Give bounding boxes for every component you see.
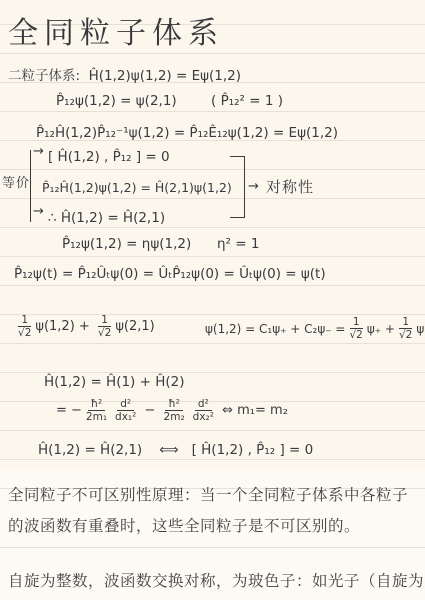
fraction-denominator: dx₁² [114, 411, 137, 423]
equation-two-particle: 二粒子体系: Ĥ(1,2)ψ(1,2) = Eψ(1,2) [8, 64, 241, 84]
fraction-numerator: 1 [18, 314, 31, 327]
page-title: 全同粒子体系 [8, 8, 224, 52]
fraction-denominator: √2 [97, 327, 112, 339]
fraction-denominator: 2m₁ [85, 411, 108, 423]
typed-text-section: 全同粒子不可区别性原理：当一个全同粒子体系中各粒子的波函数有重叠时，这些全同粒子… [0, 470, 425, 600]
equivalence-label: 等价 [2, 172, 30, 191]
arrow-icon: → [33, 144, 44, 159]
fraction: d² dx₁² [114, 398, 137, 423]
fraction-numerator: 1 [399, 316, 412, 329]
equation-hamiltonian-symmetric: ∴ Ĥ(1,2) = Ĥ(2,1) [48, 210, 165, 226]
right-bracket [230, 156, 245, 218]
psi-minus-term: ψ₋ [416, 322, 425, 336]
fraction-denominator: dx₂² [192, 411, 215, 423]
fraction-numerator: d² [195, 398, 212, 411]
plus-sign: + [75, 319, 94, 334]
rule-line [0, 547, 425, 548]
superposition-expansion: ψ(1,2) = C₁ψ₊ + C₂ψ₋ = [205, 322, 345, 336]
equation-hamiltonian-expansion: = − ħ² 2m₁ d² dx₁² − ħ² 2m₂ d² dx₂² ⇔ m₁… [56, 398, 288, 423]
equation-eigenvalue-eta: P̂₁₂ψ(1,2) = ηψ(1,2) η² = 1 [62, 236, 259, 252]
fraction-numerator: ħ² [88, 398, 106, 411]
fraction: ħ² 2m₁ [85, 398, 108, 423]
fraction: d² dx₂² [192, 398, 215, 423]
fraction: 1 √2 [17, 314, 32, 339]
fraction-denominator: 2m₂ [163, 411, 186, 423]
symmetry-annotation: 对称性 [266, 176, 314, 197]
fraction: ħ² 2m₂ [163, 398, 186, 423]
fraction: 1 √2 [97, 314, 112, 339]
fraction: 1 √2 [398, 316, 413, 341]
equation-superposition-lhs: 1 √2 ψ(1,2) + 1 √2 ψ(2,1) [14, 314, 155, 339]
fraction-numerator: d² [117, 398, 134, 411]
arrow-icon: → [33, 204, 44, 219]
handwritten-notes-page: 全同粒子体系 二粒子体系: Ĥ(1,2)ψ(1,2) = Eψ(1,2) P̂₁… [0, 0, 425, 600]
psi-plus-term: ψ₊ + [367, 322, 395, 336]
psi-term: ψ(2,1) [115, 319, 154, 334]
fraction: 1 √2 [348, 316, 363, 341]
equation-similarity-transform: P̂₁₂Ĥ(1,2)P̂₁₂⁻¹ψ(1,2) = P̂₁₂Ê₁₂ψ(1,2) =… [36, 125, 338, 141]
equation-exchange-operator: P̂₁₂ψ(1,2) = ψ(2,1) ( P̂₁₂² = 1 ) [56, 93, 283, 109]
fraction-numerator: 1 [350, 316, 363, 329]
mass-equality-condition: ⇔ m₁= m₂ [218, 403, 288, 418]
equation-hamiltonian-exchange: P̂₁₂Ĥ(1,2)ψ(1,2) = Ĥ(2,1)ψ(1,2) [42, 180, 232, 195]
equation-commutator-zero: [ Ĥ(1,2) , P̂₁₂ ] = 0 [48, 149, 170, 165]
fraction-denominator: √2 [348, 329, 363, 341]
boson-description: 自旋为整数，波函数交换对称，为玻色子：如光子（自旋为1）、介子 [8, 566, 420, 597]
psi-term: ψ(1,2) [35, 319, 74, 334]
minus-sign: − [140, 403, 159, 418]
fraction-numerator: 1 [98, 314, 111, 327]
fraction-numerator: ħ² [165, 398, 183, 411]
indistinguishability-principle: 全同粒子不可区别性原理：当一个全同粒子体系中各粒子的波函数有重叠时，这些全同粒子… [8, 480, 420, 542]
equation-superposition-rhs: ψ(1,2) = C₁ψ₊ + C₂ψ₋ = 1 √2 ψ₊ + 1 √2 ψ₋ [205, 316, 425, 341]
arrow-icon: → [248, 179, 259, 194]
equation-conclusion: Ĥ(1,2) = Ĥ(2,1) ⟺ [ Ĥ(1,2) , P̂₁₂ ] = 0 [38, 442, 313, 458]
fraction-denominator: √2 [398, 329, 413, 341]
equation-hamiltonian-sum: Ĥ(1,2) = Ĥ(1) + Ĥ(2) [44, 374, 185, 390]
equals-minus: = − [56, 403, 82, 418]
fraction-denominator: √2 [17, 327, 32, 339]
equation-time-evolution: P̂₁₂ψ(t) = P̂₁₂Ûₜψ(0) = ÛₜP̂₁₂ψ(0) = Ûₜψ… [14, 266, 326, 282]
